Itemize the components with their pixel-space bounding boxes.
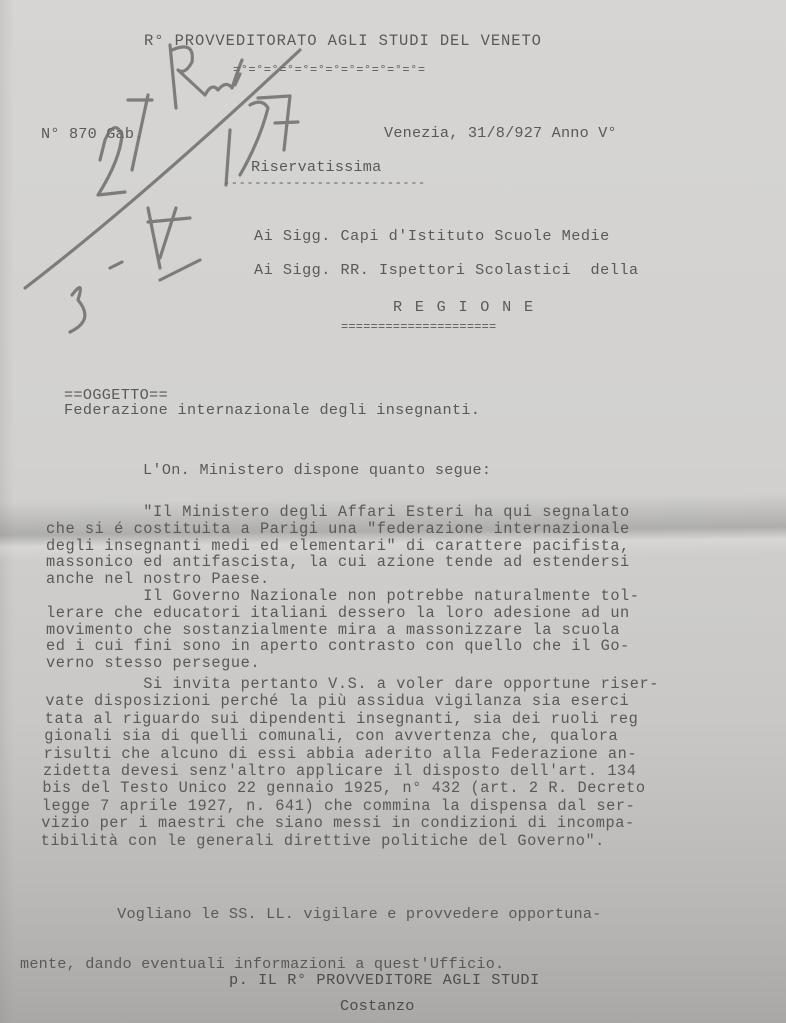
body-line: ed i cui fini sono in aperto contrasto c… — [46, 639, 630, 654]
body-line: che si é costituita a Parigi una "federa… — [46, 522, 630, 537]
signature-title: p. IL R° PROVVEDITORE AGLI STUDI — [229, 973, 540, 988]
body-line: massonico ed antifascista, la cui azione… — [46, 555, 630, 570]
body-line: verno stesso persegue. — [46, 656, 260, 671]
protocol-number: N° 870 Gab. — [41, 127, 143, 142]
subject-line: ==OGGETTO== Federazione internazionale d… — [45, 373, 480, 419]
body-line: vate disposizioni perché la più assidua … — [45, 694, 629, 709]
body-line: degli insegnanti medi ed elementari" di … — [46, 539, 630, 554]
body-line: Si invita pertanto V.S. a voler dare opp… — [46, 677, 659, 692]
recipient-line-2: Ai Sigg. RR. Ispettori Scolastici della — [254, 263, 639, 278]
closing-line: mente, dando eventuali informazioni a qu… — [20, 957, 601, 972]
body-line: tata al riguardo sui dipendenti insegnan… — [45, 712, 639, 727]
classification-underline: -------------------------- — [223, 177, 426, 189]
body-line: vizio per i maestri che siano messi in c… — [41, 816, 635, 831]
body-line: risulti che alcuno di essi abbia aderito… — [44, 747, 638, 762]
body-line: legge 7 aprile 1927, n. 641) che commina… — [42, 799, 636, 814]
body-line: bis del Testo Unico 22 gennaio 1925, n° … — [42, 781, 645, 796]
handwritten-27-mark — [98, 95, 152, 195]
body-line: anche nel nostro Paese. — [46, 572, 270, 587]
body-line: "Il Ministero degli Affari Esteri ha qui… — [46, 505, 630, 520]
subject-text: Federazione internazionale degli insegna… — [64, 401, 480, 419]
letterhead-ornament-rule: =°=°=°=°=°=°=°=°=°=°=°=°= — [233, 64, 426, 76]
handwritten-ris-mark — [170, 45, 242, 108]
region-underline: ===================== — [341, 321, 496, 333]
recipient-region: R E G I O N E — [393, 300, 535, 315]
page-edge-shadow — [0, 0, 14, 1023]
place-date: Venezia, 31/8/927 Anno V° — [384, 126, 617, 141]
body-line: lerare che educatori italiani dessero la… — [46, 606, 630, 621]
body-line: tibilità con le generali direttive polit… — [41, 834, 605, 849]
closing-line: Vogliano le SS. LL. vigilare e provveder… — [24, 907, 601, 922]
classification-label: Riservatissima — [251, 160, 381, 175]
body-line: zidetta devesi senz'altro applicare il d… — [43, 764, 637, 779]
body-line: gionali sia di quelli comunali, con avve… — [44, 729, 618, 744]
handwritten-date-mark — [70, 208, 200, 332]
letterhead-office: R° PROVVEDITORATO AGLI STUDI DEL VENETO — [144, 34, 542, 50]
body-line: Il Governo Nazionale non potrebbe natura… — [46, 589, 640, 604]
body-line: movimento che sostanzialmente mira a mas… — [46, 623, 620, 638]
signature-name: Costanzo — [340, 999, 415, 1014]
recipient-line-1: Ai Sigg. Capi d'Istituto Scuole Medie — [254, 229, 610, 244]
body-intro: L'On. Ministero dispone quanto segue: — [143, 463, 491, 478]
